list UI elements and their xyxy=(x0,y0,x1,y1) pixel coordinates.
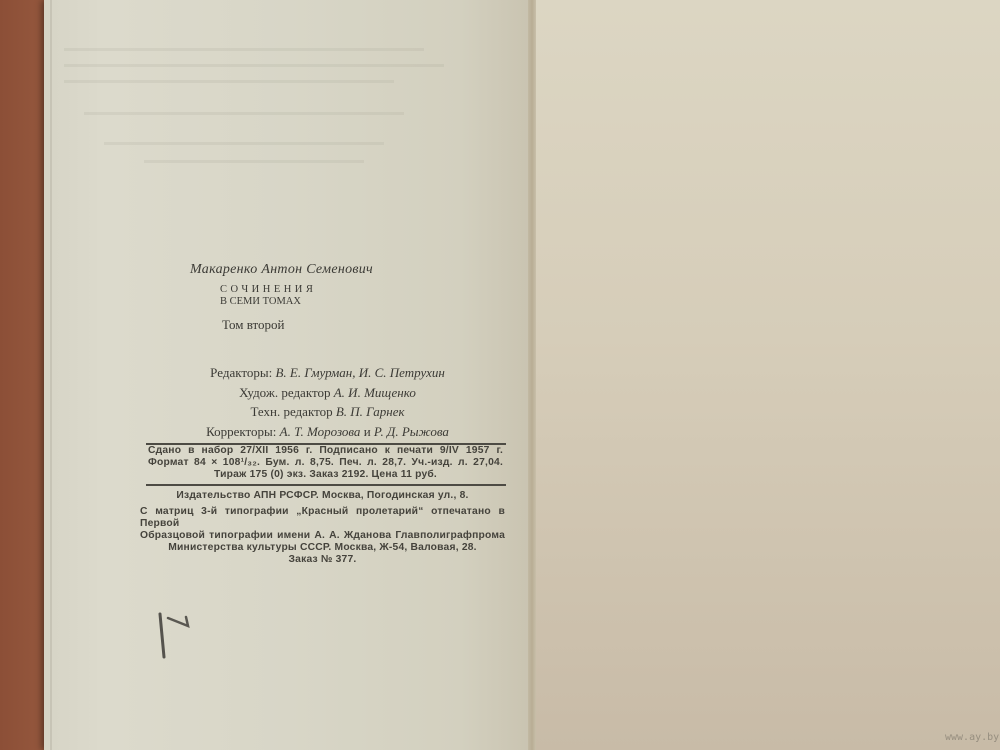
volume-label: Том второй xyxy=(222,317,515,333)
credit-tech-editor: Техн. редактор В. П. Гарнек xyxy=(140,402,515,422)
work-title: СОЧИНЕНИЯ xyxy=(220,284,515,295)
print-details-line: Тираж 175 (0) экз. Заказ 2192. Цена 11 р… xyxy=(148,469,503,481)
print-details-line: Сдано в набор 27/XII 1956 г. Подписано к… xyxy=(148,445,503,457)
bleed-through-line xyxy=(64,80,394,83)
bleed-through-line xyxy=(84,112,404,115)
credit-editors: Редакторы: В. Е. Гмурман, И. С. Петрухин xyxy=(140,363,515,383)
print-details-line: Формат 84 × 108¹/₃₂. Бум. л. 8,75. Печ. … xyxy=(148,457,503,469)
watermark: www.ay.by xyxy=(945,732,999,743)
printer-line: Министерства культуры СССР. Москва, Ж-54… xyxy=(140,542,505,554)
publisher-line: Издательство АПН РСФСР. Москва, Погодинс… xyxy=(140,490,505,502)
credit-proofreaders: Корректоры: А. Т. Морозова и Р. Д. Рыжов… xyxy=(140,422,515,442)
bleed-through-line xyxy=(64,64,444,67)
order-number: Заказ № 377. xyxy=(140,554,505,566)
author-name: Макаренко Антон Семенович xyxy=(190,262,515,278)
work-subtitle: В СЕМИ ТОМАХ xyxy=(220,296,515,307)
printer-line: Образцовой типографии имени А. А. Жданов… xyxy=(140,530,505,542)
printer-line: С матриц 3-й типографии „Красный пролета… xyxy=(140,506,505,530)
bleed-through-line xyxy=(64,48,424,51)
right-page-blank xyxy=(536,0,1000,750)
printer-info: Издательство АПН РСФСР. Москва, Погодинс… xyxy=(140,490,515,566)
handwritten-seven-mark xyxy=(158,612,218,662)
bleed-through-line xyxy=(144,160,364,163)
bleed-through-line xyxy=(104,142,384,145)
divider-rule xyxy=(146,484,506,486)
editorial-credits: Редакторы: В. Е. Гмурман, И. С. Петрухин… xyxy=(140,363,515,441)
credit-art-editor: Худож. редактор А. И. Мищенко xyxy=(140,383,515,403)
page-edge xyxy=(50,0,52,750)
print-details: Сдано в набор 27/XII 1956 г. Подписано к… xyxy=(140,445,515,481)
colophon: Макаренко Антон Семенович СОЧИНЕНИЯ В СЕ… xyxy=(140,262,515,566)
